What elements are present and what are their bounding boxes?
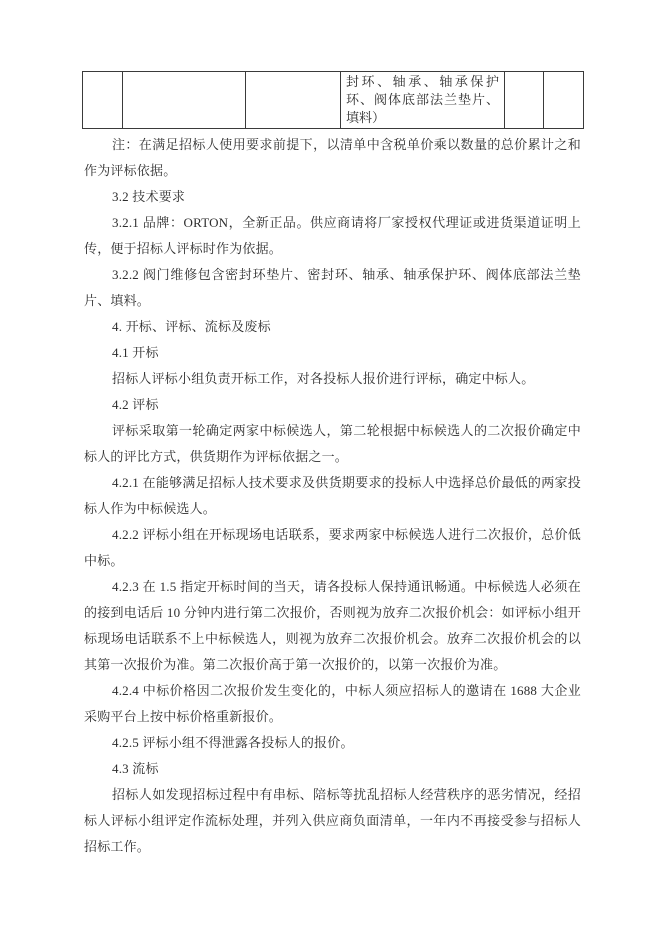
table-cell-6 [544,72,584,129]
paragraph-4-2-5: 4.2.5 评标小组不得泄露各投标人的报价。 [84,730,581,756]
document-page: 封环、轴承、轴承保护环、阀体底部法兰垫片、 填料） 注：在满足招标人使用要求前提… [0,0,662,936]
paragraph-3-2-2: 3.2.2 阀门维修包含密封环垫片、密封环、轴承、轴承保护环、阀体底部法兰垫片、… [84,262,581,314]
table-row: 封环、轴承、轴承保护环、阀体底部法兰垫片、 填料） [83,72,584,129]
table-cell-2 [123,72,246,129]
table-cell-5 [505,72,544,129]
table-cell-parts-list: 封环、轴承、轴承保护环、阀体底部法兰垫片、 填料） [341,72,505,129]
paragraph-4-2-1: 4.2.1 在能够满足招标人技术要求及供货期要求的投标人中选择总价最低的两家投标… [84,470,581,522]
heading-4-2: 4.2 评标 [84,392,581,418]
paragraph-3-2-1: 3.2.1 品牌：ORTON，全新正品。供应商请将厂家授权代理证或进货渠道证明上… [84,210,581,262]
paragraph-4-2-2: 4.2.2 评标小组在开标现场电话联系，要求两家中标候选人进行二次报价，总价低中… [84,522,581,574]
paragraph-4-2-4: 4.2.4 中标价格因二次报价发生变化的，中标人须应招标人的邀请在 1688 大… [84,678,581,730]
table-cell-3 [246,72,341,129]
note-paragraph: 注：在满足招标人使用要求前提下，以清单中含税单价乘以数量的总价累计之和作为评标依… [84,132,581,184]
paragraph-4-1: 招标人评标小组负责开标工作，对各投标人报价进行评标，确定中标人。 [84,366,581,392]
heading-4-3: 4.3 流标 [84,756,581,782]
heading-4-1: 4.1 开标 [84,340,581,366]
heading-4: 4. 开标、评标、流标及废标 [84,314,581,340]
table-cell-1 [83,72,123,129]
document-content: 封环、轴承、轴承保护环、阀体底部法兰垫片、 填料） 注：在满足招标人使用要求前提… [84,71,581,860]
paragraph-4-3: 招标人如发现招标过程中有串标、陪标等扰乱招标人经营秩序的恶劣情况，经招标人评标小… [84,782,581,860]
heading-3-2: 3.2 技术要求 [84,184,581,210]
document-body: 注：在满足招标人使用要求前提下，以清单中含税单价乘以数量的总价累计之和作为评标依… [84,132,581,860]
paragraph-4-2-3: 4.2.3 在 1.5 指定开标时间的当天，请各投标人保持通讯畅通。中标候选人必… [84,574,581,678]
paragraph-4-2: 评标采取第一轮确定两家中标候选人，第二轮根据中标候选人的二次报价确定中标人的评比… [84,418,581,470]
spec-table: 封环、轴承、轴承保护环、阀体底部法兰垫片、 填料） [82,71,584,129]
